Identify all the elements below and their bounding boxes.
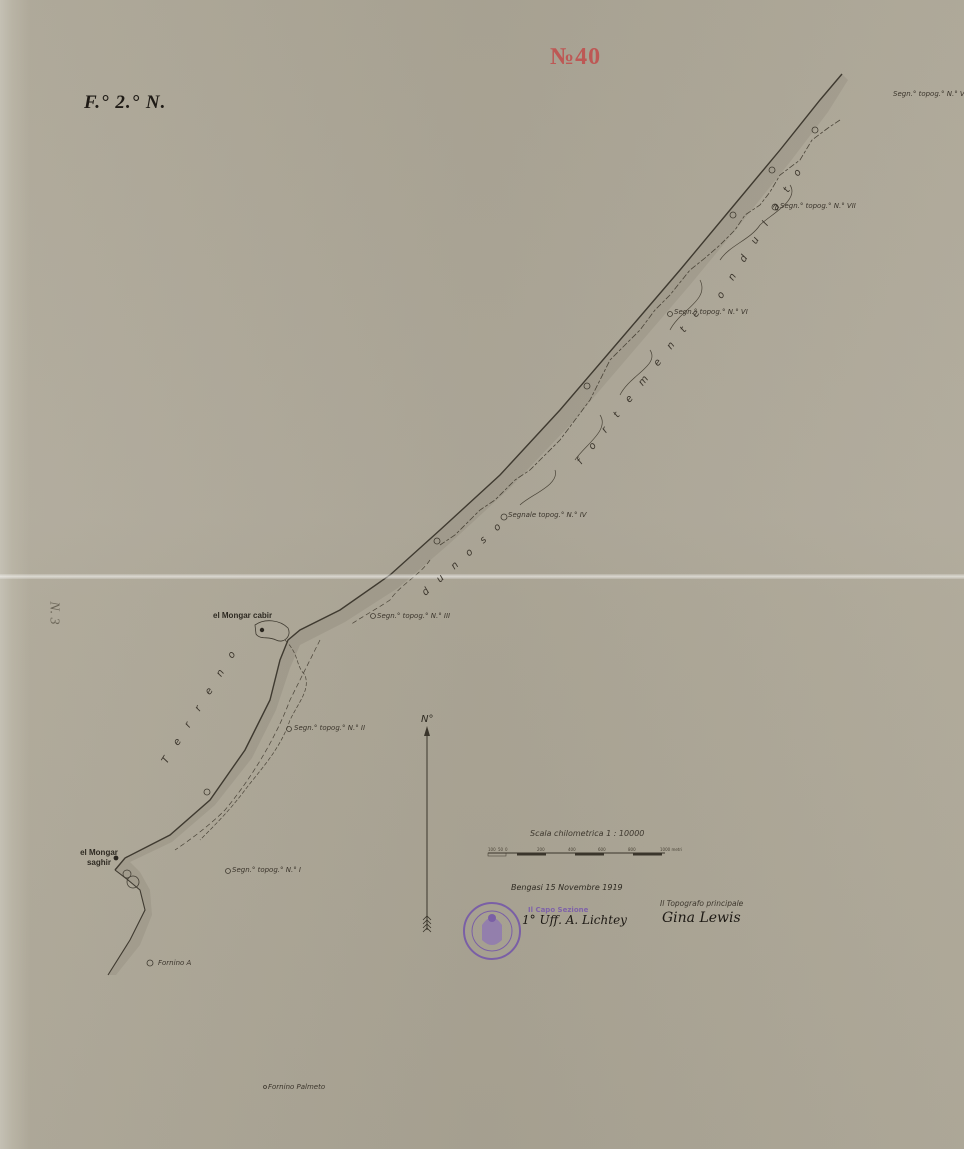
- survey-marker-1: Segn.° topog.° N.° I: [232, 866, 301, 874]
- scale-bar: [486, 845, 686, 859]
- topografo-title: Il Topografo principale: [660, 899, 743, 908]
- survey-marker-4: Segnale topog.° N.° IV: [508, 511, 587, 519]
- north-arrow-label: N°: [421, 714, 433, 725]
- place-and-date: Bengasi 15 Novembre 1919: [511, 883, 623, 892]
- place-el-mongar-saghir: el Mongar saghir: [74, 848, 124, 868]
- survey-marker-7: Segn.° topog.° N.° VII: [780, 202, 856, 210]
- place-fornino-a: Fornino A: [158, 959, 191, 967]
- capo-sezione-signature: 1° Uff. A. Lichtey: [522, 913, 627, 927]
- archive-stamp: №40: [550, 44, 601, 71]
- topografo-signature: Gina Lewis: [662, 910, 741, 926]
- north-arrow-icon: [423, 726, 431, 936]
- seal-icon: [463, 903, 521, 961]
- fold-crease: [0, 574, 964, 579]
- scale-title: Scala chilometrica 1 : 10000: [530, 829, 644, 838]
- place-fornino-palmeto: Fornino Palmeto: [268, 1083, 325, 1091]
- survey-marker-2: Segn.° topog.° N.° II: [294, 724, 365, 732]
- survey-marker-8: Segn.° topog.° N.° VIII: [893, 90, 964, 98]
- sheet-number: F.° 2.° N.: [84, 92, 166, 114]
- margin-note: N. 3: [46, 601, 62, 624]
- survey-marker-6: Segn.° topog.° N.° VI: [674, 308, 748, 316]
- survey-marker-3: Segn.° topog.° N.° III: [377, 612, 450, 620]
- place-el-mongar-cabir: el Mongar cabir: [213, 611, 272, 620]
